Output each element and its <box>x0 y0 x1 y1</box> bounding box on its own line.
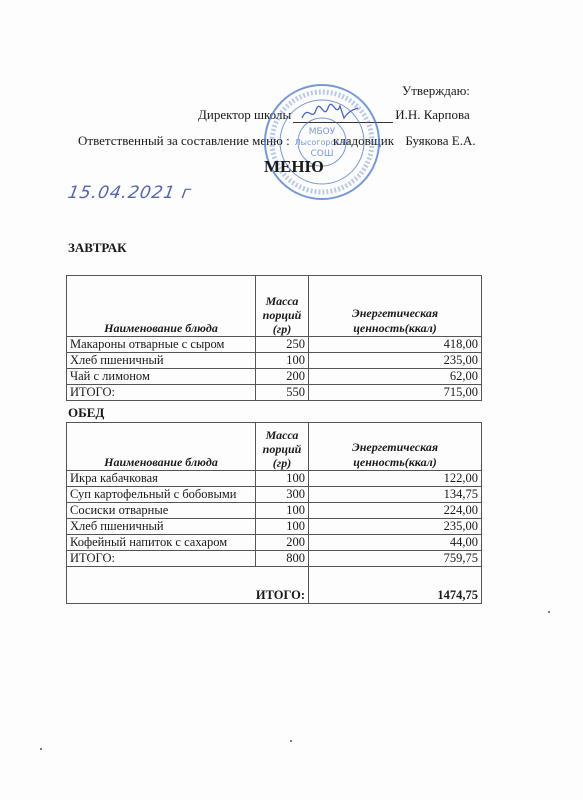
responsible-label: Ответственный за составление меню : <box>78 133 290 148</box>
dish-name: Макароны отварные с сыром <box>67 337 256 353</box>
total-label: ИТОГО: <box>67 385 256 401</box>
dish-name: Хлеб пшеничный <box>67 519 256 535</box>
total-mass: 800 <box>256 551 309 567</box>
dish-mass: 300 <box>256 487 309 503</box>
director-label: Директор школы <box>198 107 291 122</box>
dish-energy: 235,00 <box>309 353 482 369</box>
scan-speck <box>290 740 292 742</box>
lunch-heading: ОБЕД <box>68 405 104 421</box>
responsible-line: Ответственный за составление меню : клад… <box>78 133 476 149</box>
dish-energy: 235,00 <box>309 519 482 535</box>
breakfast-table: Наименование блюда Масса порций (гр) Эне… <box>66 275 482 401</box>
dish-name: Суп картофельный с бобовыми <box>67 487 256 503</box>
signature-line <box>293 110 393 123</box>
dish-energy: 44,00 <box>309 535 482 551</box>
grand-total-energy: 1474,75 <box>309 567 482 604</box>
dish-mass: 250 <box>256 337 309 353</box>
total-energy: 759,75 <box>309 551 482 567</box>
scan-speck <box>40 748 42 750</box>
column-header-mass: Масса порций (гр) <box>256 423 309 471</box>
responsible-role: кладовщик <box>333 133 394 148</box>
dish-mass: 100 <box>256 471 309 487</box>
total-mass: 550 <box>256 385 309 401</box>
total-row: ИТОГО:800759,75 <box>67 551 482 567</box>
table-row: Сосиски отварные100224,00 <box>67 503 482 519</box>
dish-name: Сосиски отварные <box>67 503 256 519</box>
table-row: Хлеб пшеничный100235,00 <box>67 353 482 369</box>
dish-energy: 134,75 <box>309 487 482 503</box>
column-header-energy: Энергетическая ценность(ккал) <box>309 423 482 471</box>
table-row: Суп картофельный с бобовыми300134,75 <box>67 487 482 503</box>
approve-label: Утверждаю: <box>402 83 470 99</box>
dish-energy: 62,00 <box>309 369 482 385</box>
dish-mass: 100 <box>256 503 309 519</box>
director-line: Директор школыИ.Н. Карпова <box>198 107 470 123</box>
table-row: Чай с лимоном20062,00 <box>67 369 482 385</box>
table-row: Икра кабачковая100122,00 <box>67 471 482 487</box>
column-header-name: Наименование блюда <box>67 423 256 471</box>
dish-mass: 100 <box>256 353 309 369</box>
scan-speck <box>548 611 550 613</box>
table-row: Хлеб пшеничный100235,00 <box>67 519 482 535</box>
dish-name: Хлеб пшеничный <box>67 353 256 369</box>
table-row: Кофейный напиток с сахаром20044,00 <box>67 535 482 551</box>
dish-mass: 200 <box>256 369 309 385</box>
total-energy: 715,00 <box>309 385 482 401</box>
director-name: И.Н. Карпова <box>395 107 470 122</box>
page-title: МЕНЮ <box>264 157 324 177</box>
table-row: Макароны отварные с сыром250418,00 <box>67 337 482 353</box>
dish-energy: 418,00 <box>309 337 482 353</box>
handwritten-date: 15.04.2021 г <box>66 183 193 203</box>
total-row: ИТОГО:550715,00 <box>67 385 482 401</box>
grand-total-row: ИТОГО:1474,75 <box>67 567 482 604</box>
dish-energy: 224,00 <box>309 503 482 519</box>
column-header-name: Наименование блюда <box>67 276 256 337</box>
dish-name: Икра кабачковая <box>67 471 256 487</box>
dish-energy: 122,00 <box>309 471 482 487</box>
column-header-energy: Энергетическая ценность(ккал) <box>309 276 482 337</box>
column-header-mass: Масса порций (гр) <box>256 276 309 337</box>
dish-mass: 100 <box>256 519 309 535</box>
dish-name: Кофейный напиток с сахаром <box>67 535 256 551</box>
dish-name: Чай с лимоном <box>67 369 256 385</box>
total-label: ИТОГО: <box>67 551 256 567</box>
dish-mass: 200 <box>256 535 309 551</box>
lunch-table: Наименование блюда Масса порций (гр) Эне… <box>66 422 482 604</box>
responsible-name: Буякова Е.А. <box>405 133 475 148</box>
breakfast-heading: ЗАВТРАК <box>68 240 127 256</box>
grand-total-label: ИТОГО: <box>67 567 309 604</box>
